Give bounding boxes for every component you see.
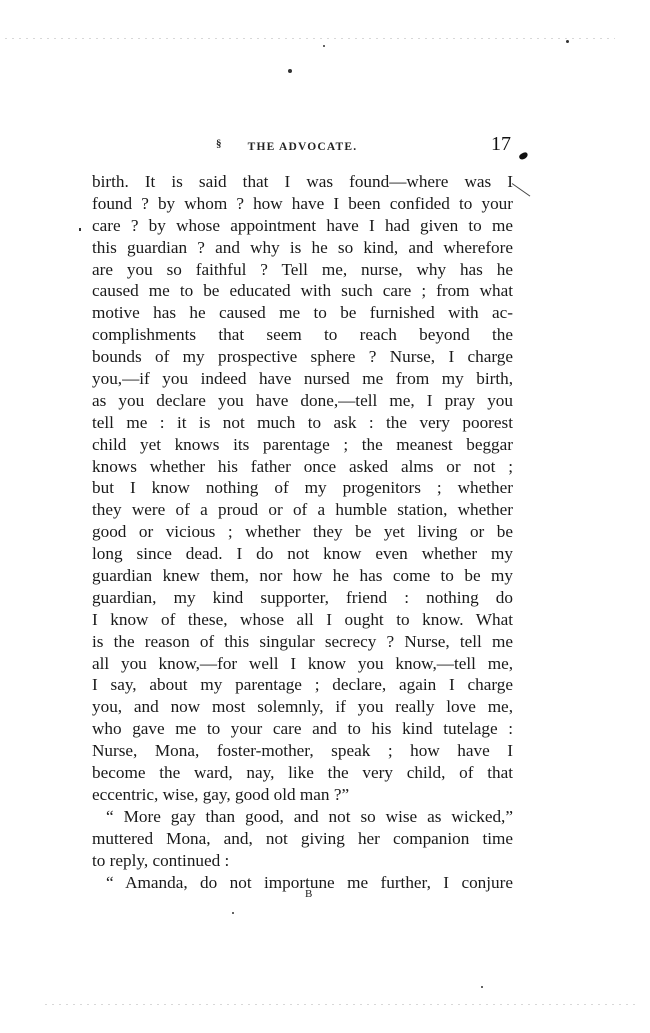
text-line-paragraph-start: “ More gay than good, and not so wise as… xyxy=(92,806,513,828)
text-line: tell me : it is not much to ask : the ve… xyxy=(92,412,513,434)
text-line: complishments that seem to reach beyond … xyxy=(92,324,513,346)
text-line: this guardian ? and why is he so kind, a… xyxy=(92,237,513,259)
text-line: are you so faithful ? Tell me, nurse, wh… xyxy=(92,259,513,281)
ink-blot xyxy=(518,151,529,160)
text-line: found ? by whom ? how have I been confid… xyxy=(92,193,513,215)
ink-speck xyxy=(566,40,569,43)
running-head-title: THE ADVOCATE. xyxy=(92,141,513,153)
text-line: bounds of my prospective sphere ? Nurse,… xyxy=(92,346,513,368)
text-line: is the reason of this singular secrecy ?… xyxy=(92,631,513,653)
signature-mark: B xyxy=(305,888,312,900)
text-line: as you declare you have done,—tell me, I… xyxy=(92,390,513,412)
book-page: § THE ADVOCATE. 17 birth. It is said tha… xyxy=(0,0,650,1033)
ink-speck xyxy=(232,912,234,914)
text-line: guardian knew them, nor how he has come … xyxy=(92,565,513,587)
text-line: muttered Mona, and, not giving her compa… xyxy=(92,828,513,850)
ink-speck xyxy=(323,45,325,47)
text-line-paragraph-end: eccentric, wise, gay, good old man ?” xyxy=(92,784,513,806)
page-number: 17 xyxy=(491,133,511,156)
margin-mark xyxy=(79,228,81,231)
text-line: you, and now most solemnly, if you reall… xyxy=(92,696,513,718)
text-line: they were of a proud or of a humble stat… xyxy=(92,499,513,521)
text-line: long since dead. I do not know even whet… xyxy=(92,543,513,565)
text-line: you,—if you indeed have nursed me from m… xyxy=(92,368,513,390)
body-text: birth. It is said that I was found—where… xyxy=(92,171,513,893)
text-line-paragraph-start: “ Amanda, do not importune me further, I… xyxy=(92,872,513,894)
text-line: guardian, my kind supporter, friend : no… xyxy=(92,587,513,609)
ink-speck xyxy=(481,986,483,988)
text-line: become the ward, nay, like the very chil… xyxy=(92,762,513,784)
text-line: birth. It is said that I was found—where… xyxy=(92,171,513,193)
text-line: care ? by whose appointment have I had g… xyxy=(92,215,513,237)
running-head: § THE ADVOCATE. 17 xyxy=(92,136,513,160)
text-line: I say, about my parentage ; declare, aga… xyxy=(92,674,513,696)
scan-edge-top xyxy=(5,38,615,39)
text-line: who gave me to your care and to his kind… xyxy=(92,718,513,740)
text-line: good or vicious ; whether they be yet li… xyxy=(92,521,513,543)
text-line-paragraph-end: to reply, continued : xyxy=(92,850,513,872)
text-line: but I know nothing of my progenitors ; w… xyxy=(92,477,513,499)
text-line: child yet knows its parentage ; the mean… xyxy=(92,434,513,456)
text-line: caused me to be educated with such care … xyxy=(92,280,513,302)
text-line: I know of these, whose all I ought to kn… xyxy=(92,609,513,631)
ink-speck xyxy=(288,69,292,73)
text-line: Nurse, Mona, foster-mother, speak ; how … xyxy=(92,740,513,762)
text-line: motive has he caused me to be furnished … xyxy=(92,302,513,324)
ink-stroke xyxy=(512,183,531,196)
scan-edge-bottom xyxy=(45,1004,635,1005)
text-line: knows whether his father once asked alms… xyxy=(92,456,513,478)
text-line: all you know,—for well I know you know,—… xyxy=(92,653,513,675)
